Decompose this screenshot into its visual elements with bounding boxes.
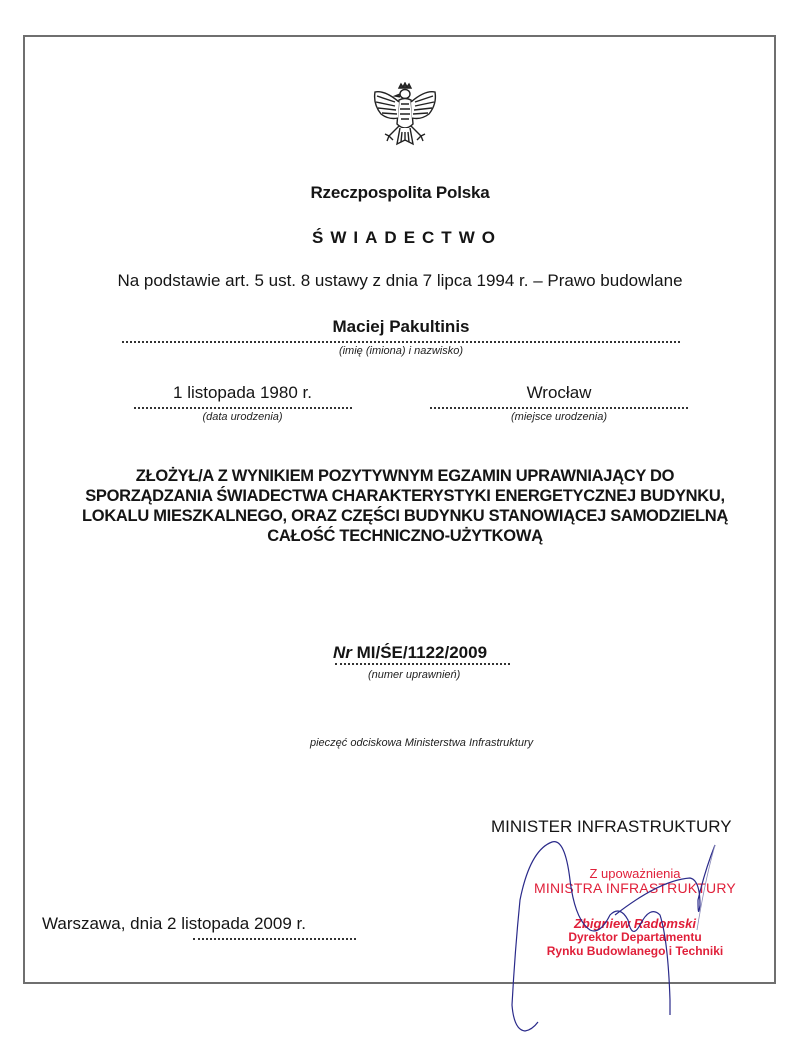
birth-date: 1 listopada 1980 r.	[130, 383, 355, 403]
stamp-position: Dyrektor Departamentu	[520, 930, 750, 944]
country-name: Rzeczpospolita Polska	[0, 183, 800, 203]
stamp-signatory: Zbigniew Radomski	[520, 916, 750, 931]
holder-name: Maciej Pakultinis	[120, 317, 682, 337]
issuer-title: MINISTER INFRASTRUKTURY	[491, 817, 732, 837]
birth-place: Wrocław	[428, 383, 690, 403]
holder-name-caption: (imię (imiona) i nazwisko)	[120, 345, 682, 357]
name-dotted-line	[122, 341, 680, 343]
polish-eagle-emblem-icon	[355, 82, 455, 162]
certificate-number-caption: (numer uprawnień)	[300, 669, 550, 681]
date-dotted-line	[193, 938, 356, 940]
certificate-number-value: MI/ŚE/1122/2009	[357, 643, 487, 662]
certificate-number: Nr MI/ŚE/1122/2009	[300, 643, 520, 663]
birth-place-caption: (miejsce urodzenia)	[428, 411, 690, 423]
statement-line: CAŁOŚĆ TECHNICZNO-UŻYTKOWĄ	[60, 526, 750, 546]
stamp-authorization: Z upoważnienia	[520, 866, 750, 881]
birth-date-caption: (data urodzenia)	[130, 411, 355, 423]
stamp-department: Rynku Budowlanego i Techniki	[520, 944, 750, 958]
certificate-number-prefix: Nr	[333, 643, 352, 662]
statement-line: ZŁOŻYŁ/A Z WYNIKIEM POZYTYWNYM EGZAMIN U…	[60, 466, 750, 486]
place-and-date: Warszawa, dnia 2 listopada 2009 r.	[42, 914, 306, 934]
exam-statement: ZŁOŻYŁ/A Z WYNIKIEM POZYTYWNYM EGZAMIN U…	[60, 466, 750, 546]
legal-basis: Na podstawie art. 5 ust. 8 ustawy z dnia…	[0, 271, 800, 291]
birth-place-dotted-line	[430, 407, 688, 409]
document-title: ŚWIADECTWO	[0, 228, 800, 248]
statement-line: SPORZĄDZANIA ŚWIADECTWA CHARAKTERYSTYKI …	[60, 486, 750, 506]
stamp-ministry: MINISTRA INFRASTRUKTURY	[520, 880, 750, 896]
seal-caption: pieczęć odciskowa Ministerstwa Infrastru…	[310, 737, 533, 749]
certificate-number-dotted-line	[335, 663, 510, 665]
statement-line: LOKALU MIESZKALNEGO, ORAZ CZĘŚCI BUDYNKU…	[60, 506, 750, 526]
birth-date-dotted-line	[134, 407, 352, 409]
